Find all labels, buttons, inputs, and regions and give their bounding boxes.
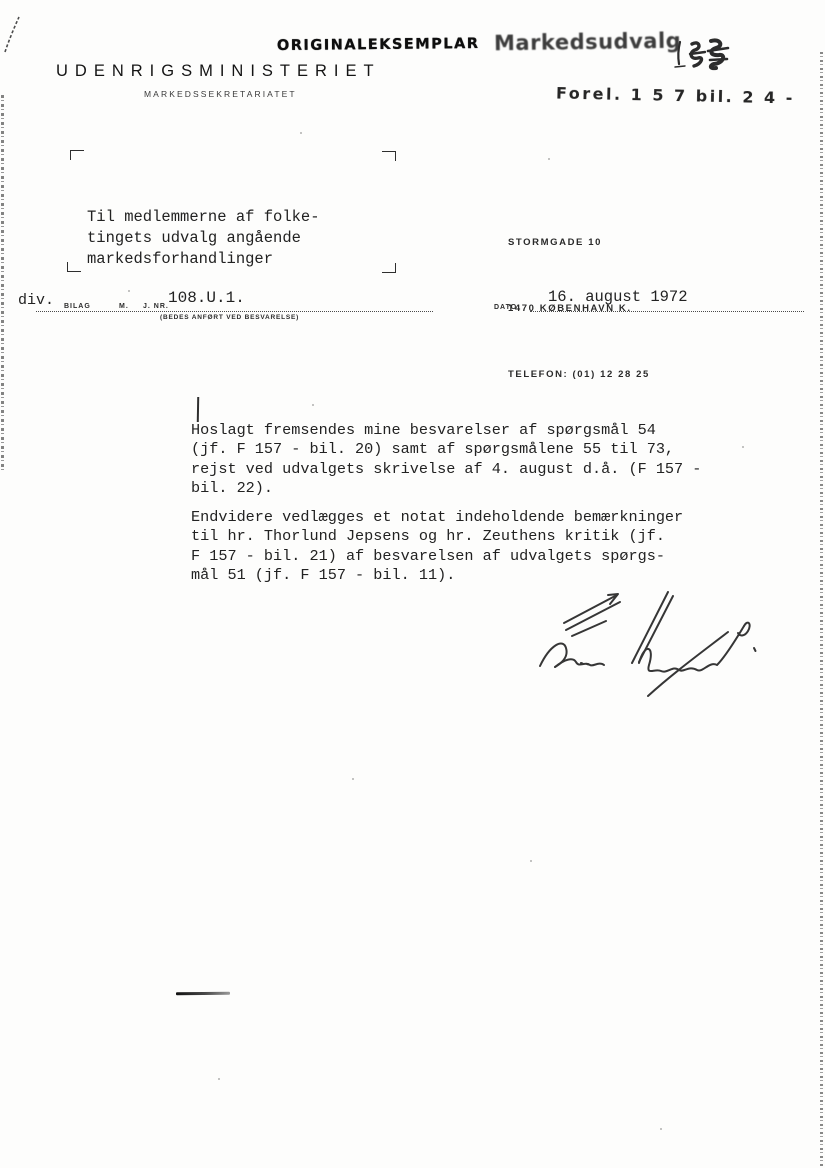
journal-number-value: 108.U.1. xyxy=(168,289,245,307)
window-corner-top-right xyxy=(382,151,396,161)
date-label: DATO xyxy=(494,304,517,311)
date-value: 16. august 1972 xyxy=(548,288,688,306)
body-line: Endvidere vedlægges et notat indeholdend… xyxy=(191,508,683,527)
body-line: F 157 - bil. 21) af besvarelsen af udval… xyxy=(191,547,683,566)
body-line: Hoslagt fremsendes mine besvarelser af s… xyxy=(191,421,701,440)
ministry-address-block: STORMGADE 10 1470 KØBENHAVN K. TELEFON: … xyxy=(508,188,650,430)
original-copy-stamp: ORIGINALEKSEMPLAR xyxy=(277,36,480,54)
scan-speck xyxy=(530,860,532,862)
body-line: mål 51 (jf. F 157 - bil. 11). xyxy=(191,566,683,585)
scan-speck xyxy=(128,290,130,292)
window-corner-top-left xyxy=(70,150,84,160)
body-line: bil. 22). xyxy=(191,479,701,498)
scan-speck xyxy=(352,778,354,780)
scan-edge-noise-right xyxy=(820,52,823,1168)
scanned-letter-page: ORIGINALEKSEMPLAR Markedsudvalg UDENRIGS… xyxy=(0,0,825,1168)
scan-speck xyxy=(300,132,302,134)
scan-edge-noise-left xyxy=(1,95,4,473)
body-line: (jf. F 157 - bil. 20) samt af spørgsmåle… xyxy=(191,440,701,459)
journal-number-stamp: Forel. 1 5 7 bil. 2 4 - xyxy=(556,84,795,108)
reply-reference-note: (BEDES ANFØRT VED BESVARELSE) xyxy=(160,314,299,321)
scan-corner-scribble xyxy=(2,14,22,54)
secretariat-name: MARKEDSSEKRETARIATET xyxy=(144,89,297,99)
scan-speck xyxy=(548,158,550,160)
date-dotted-line xyxy=(530,311,804,312)
reference-dotted-line xyxy=(36,311,433,312)
scan-speck xyxy=(742,446,744,448)
recipient-line: Til medlemmerne af folke- xyxy=(87,207,320,228)
window-corner-bottom-right xyxy=(382,263,396,273)
scan-speck xyxy=(312,404,314,406)
ministry-name: UDENRIGSMINISTERIET xyxy=(56,62,381,81)
market-committee-stamp: Markedsudvalg xyxy=(494,29,682,56)
body-paragraph-1: Hoslagt fremsendes mine besvarelser af s… xyxy=(191,421,701,498)
handwritten-signature xyxy=(520,588,760,700)
recipient-line: markedsforhandlinger xyxy=(87,249,320,270)
body-line: rejst ved udvalgets skrivelse af 4. augu… xyxy=(191,460,701,479)
m-label: M. xyxy=(119,303,129,310)
scan-speck xyxy=(660,1128,662,1130)
body-paragraph-2: Endvidere vedlægges et notat indeholdend… xyxy=(191,508,683,585)
body-line: til hr. Thorlund Jepsens og hr. Zeuthens… xyxy=(191,527,683,546)
address-street: STORMGADE 10 xyxy=(508,232,650,254)
handwritten-initials-smudge xyxy=(666,36,730,76)
bilag-label: BILAG xyxy=(64,303,91,310)
pencil-dash-mark xyxy=(176,992,230,996)
scan-speck xyxy=(218,1078,220,1080)
journal-number-label: J. NR. xyxy=(143,303,169,310)
pen-tick-mark xyxy=(197,397,199,422)
recipient-line: tingets udvalg angående xyxy=(87,228,320,249)
enclosures-prefix: div. xyxy=(18,292,54,309)
recipient-address-block: Til medlemmerne af folke- tingets udvalg… xyxy=(87,207,320,270)
address-phone: TELEFON: (01) 12 28 25 xyxy=(508,364,650,386)
window-corner-bottom-left xyxy=(67,262,81,272)
